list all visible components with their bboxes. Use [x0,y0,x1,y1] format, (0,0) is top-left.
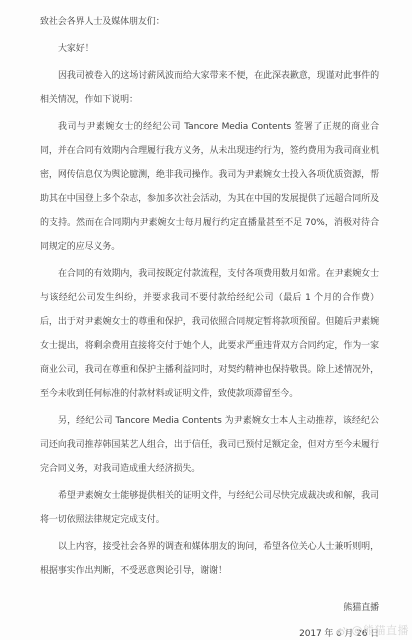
weibo-icon [336,626,349,637]
greeting-line: 大家好！ [40,37,379,61]
signature: 熊猫直播 [40,596,379,620]
weibo-watermark: @熊猫直播 [336,625,410,637]
body-paragraph: 因我司被卷入的这场讨薪风波而给大家带来不便，在此深表歉意，现谨对此事件的相关情况… [40,64,379,112]
watermark-handle: @熊猫直播 [352,625,410,637]
salutation-line: 致社会各界人士及媒体朋友们： [40,10,379,34]
letter-body: 致社会各界人士及媒体朋友们： 大家好！ 因我司被卷入的这场讨薪风波而给大家带来不… [0,0,412,640]
body-paragraph: 以上内容，接受社会各界的调查和媒体朋友的询问，希望各位关心人士兼听则明，根据事实… [40,535,379,583]
statement-letter: 致社会各界人士及媒体朋友们： 大家好！ 因我司被卷入的这场讨薪风波而给大家带来不… [0,0,412,640]
signature-block: 熊猫直播 2017 年 6 月 26 日 [40,596,379,640]
body-paragraph: 我司与尹素婉女士的经纪公司 Tancore Media Contents 签署了… [40,115,379,259]
date-line: 2017 年 6 月 26 日 [40,622,379,640]
body-paragraph: 希望尹素婉女士能够提供相关的证明文件，与经纪公司尽快完成裁决或和解，我司将一切依… [40,484,379,532]
body-paragraph: 另，经纪公司 Tancore Media Contents 为尹素婉女士本人主动… [40,409,379,481]
body-paragraph: 在合同的有效期内，我司按既定付款流程，支付各项费用数月如常。在尹素婉女士与该经纪… [40,262,379,406]
